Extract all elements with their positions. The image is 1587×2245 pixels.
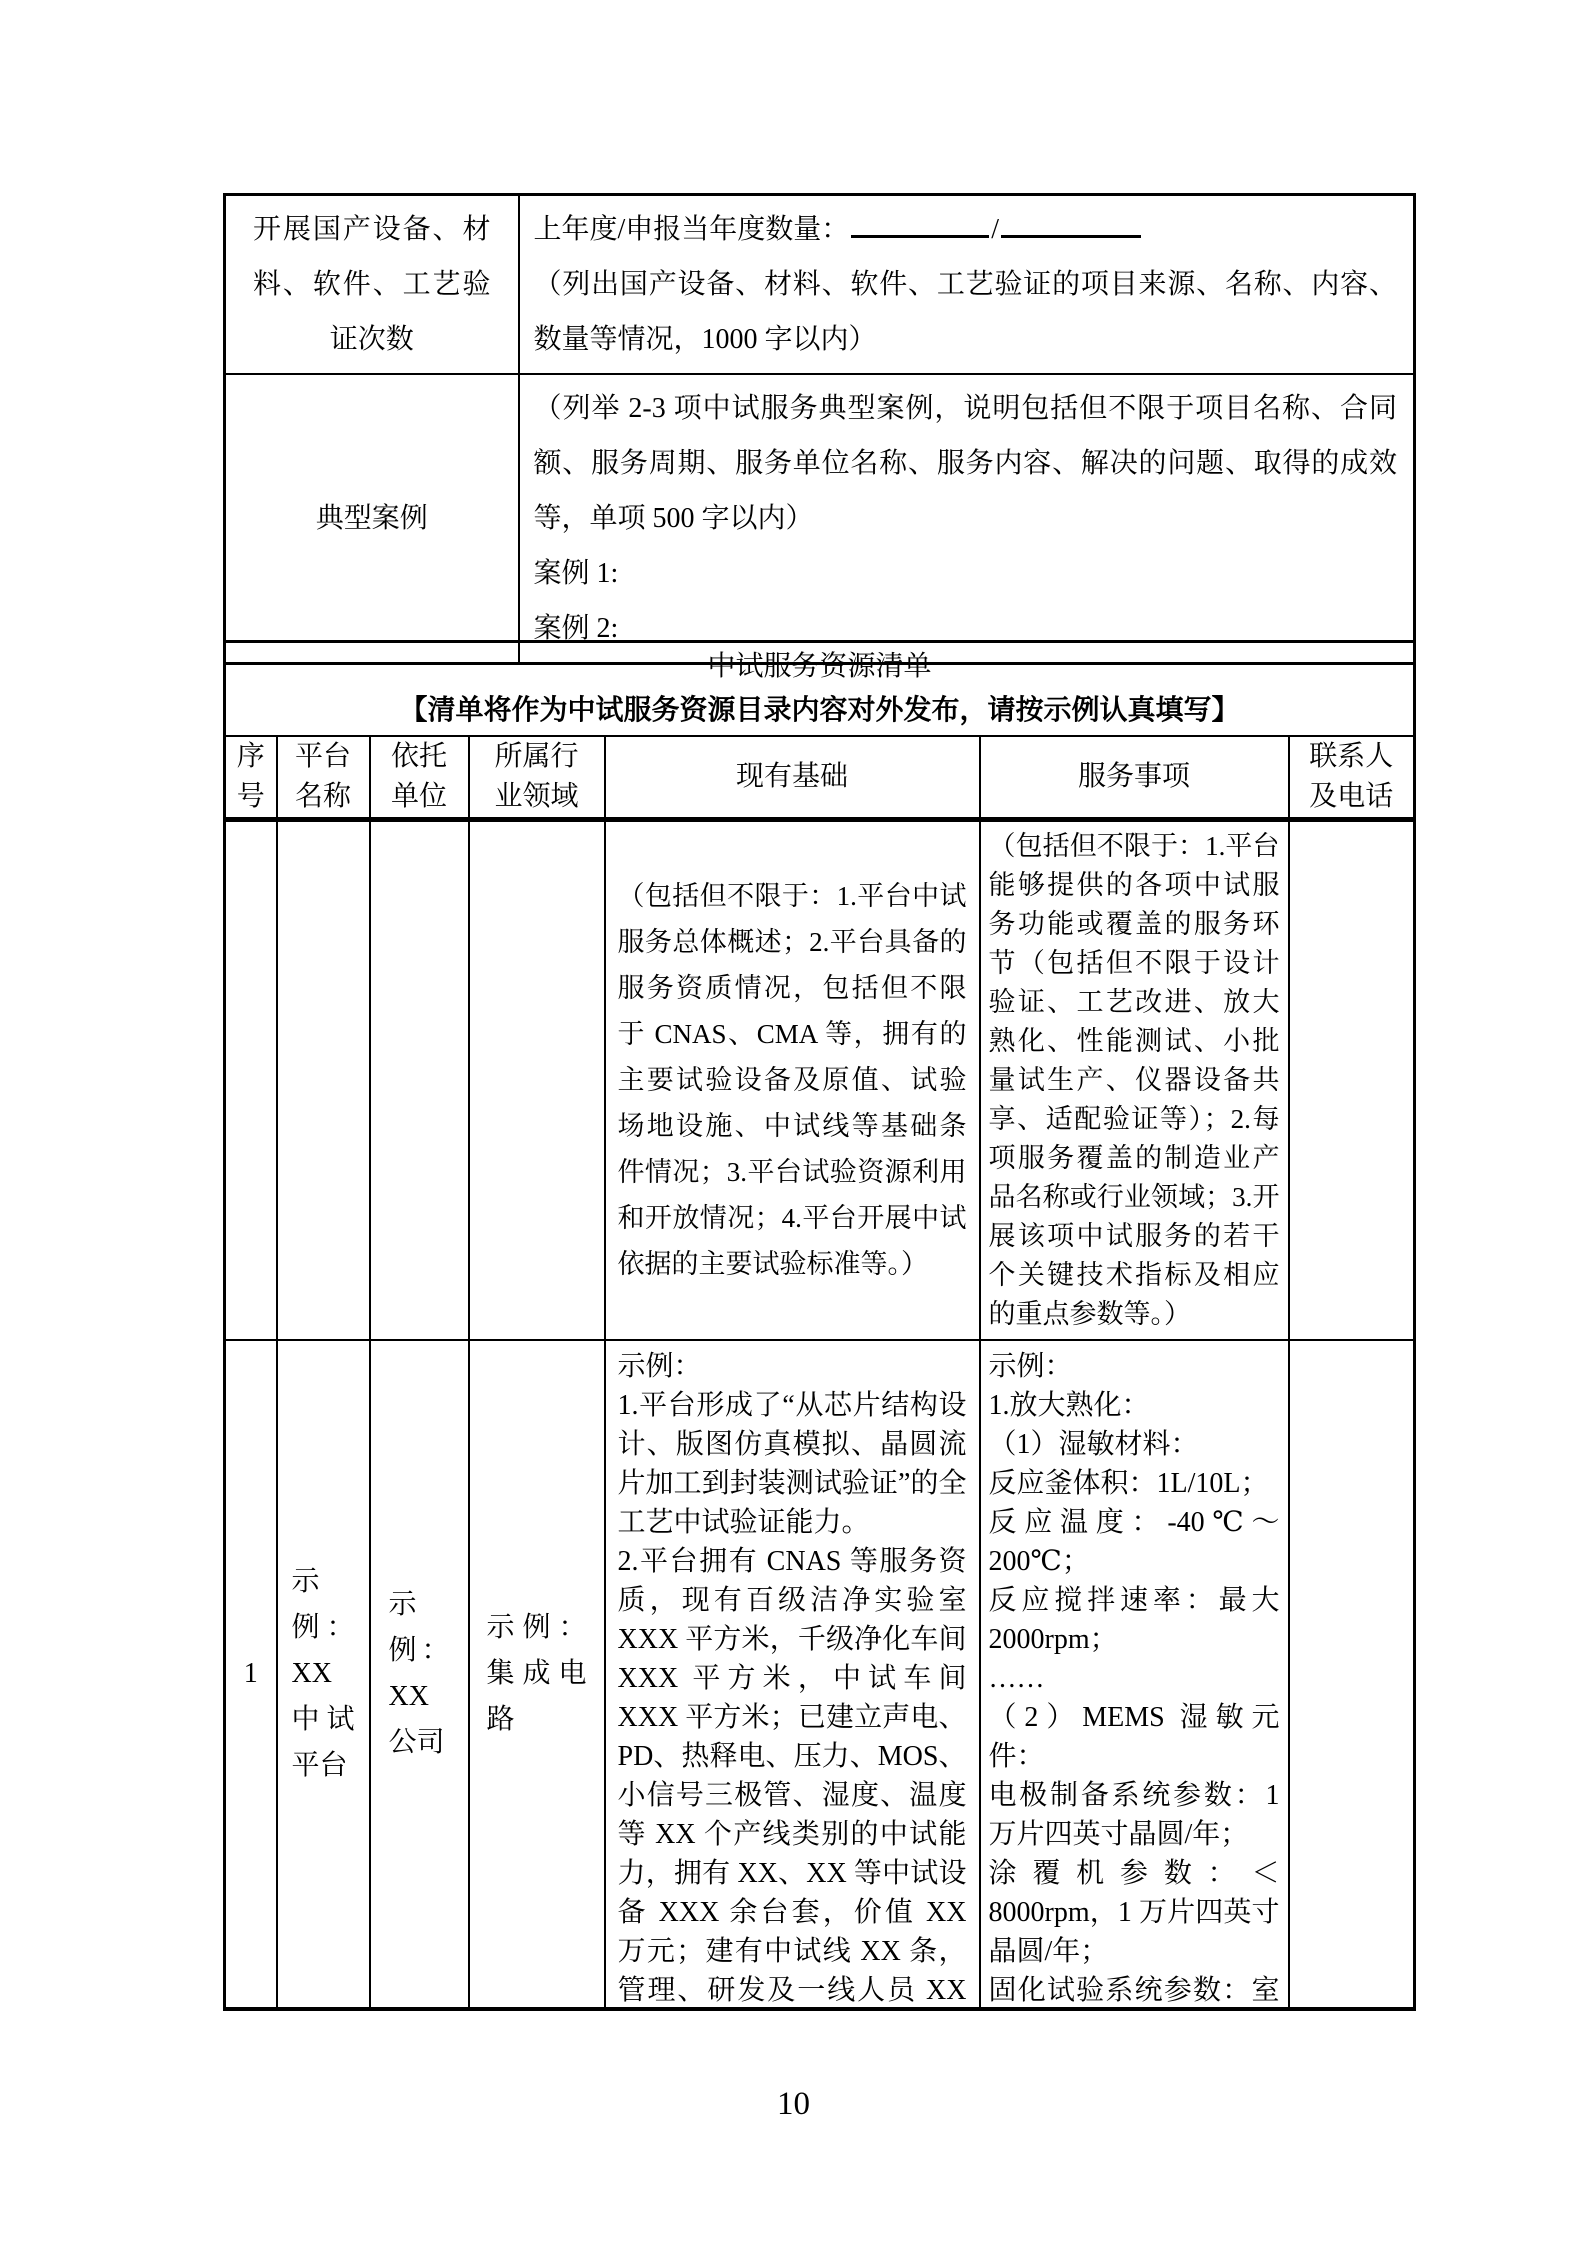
- application-form-table: 开展国产设备、材料、软件、工艺验证次数 上年度/申报当年度数量：/ （列出国产设…: [223, 193, 1416, 665]
- slash-separator: /: [991, 214, 999, 245]
- column-header-industry-field: 所属行业领域: [469, 736, 605, 820]
- instruction-cell-contact: [1289, 820, 1415, 1340]
- example-service-items-text: 示例： 1.放大熟化： （1）湿敏材料： 反应釜体积：1L/10L； 反应温度：…: [989, 1347, 1280, 2007]
- column-header-contact: 联系人及电话: [1289, 736, 1415, 820]
- section-subtitle: 【清单将作为中试服务资源目录内容对外发布，请按示例认真填写】: [226, 689, 1413, 733]
- column-header-supporting-unit: 依托单位: [370, 736, 469, 820]
- instruction-existing-basis: （包括但不限于：1.平台中试服务总体概述；2.平台具备的服务资质情况，包括但不限…: [605, 820, 980, 1340]
- blank-field-current-year: [1001, 207, 1141, 238]
- row-content-domestic-validation: 上年度/申报当年度数量：/ （列出国产设备、材料、软件、工艺验证的项目来源、名称…: [519, 195, 1415, 375]
- document-page: 开展国产设备、材料、软件、工艺验证次数 上年度/申报当年度数量：/ （列出国产设…: [0, 0, 1587, 2245]
- example-contact-cell: [1289, 1340, 1415, 2009]
- column-header-row: 序号 平台名称 依托单位 所属行业领域 现有基础 服务事项 联系人及电话: [225, 736, 1415, 820]
- example-seq: 1: [225, 1340, 277, 2009]
- section-title: 中试服务资源清单: [226, 645, 1413, 689]
- example-data-row: 1 示例：XX 中试平台 示例：XX 公司 示例：集成电路 示例： 1.平台形成…: [225, 1340, 1415, 2009]
- column-header-platform-name: 平台名称: [277, 736, 370, 820]
- example-service-items-cell: 示例： 1.放大熟化： （1）湿敏材料： 反应釜体积：1L/10L； 反应温度：…: [980, 1340, 1289, 2009]
- example-supporting-unit: 示例：XX 公司: [370, 1340, 469, 2009]
- instruction-row: （包括但不限于：1.平台中试服务总体概述；2.平台具备的服务资质情况，包括但不限…: [225, 820, 1415, 1340]
- instruction-cell-platform-name: [277, 820, 370, 1340]
- row-label-typical-cases: 典型案例: [225, 374, 519, 664]
- quantity-note: （列出国产设备、材料、软件、工艺验证的项目来源、名称、内容、数量等情况，1000…: [534, 257, 1398, 367]
- instruction-cell-industry-field: [469, 820, 605, 1340]
- table-row: 开展国产设备、材料、软件、工艺验证次数 上年度/申报当年度数量：/ （列出国产设…: [225, 195, 1415, 375]
- blank-field-previous-year: [851, 207, 989, 238]
- example-platform-name: 示例：XX 中试平台: [277, 1340, 370, 2009]
- section-header-row: 中试服务资源清单 【清单将作为中试服务资源目录内容对外发布，请按示例认真填写】: [225, 642, 1415, 737]
- case-1-line: 案例 1:: [534, 546, 1398, 601]
- instruction-service-items: （包括但不限于：1.平台能够提供的各项中试服务功能或覆盖的服务环节（包括但不限于…: [980, 820, 1289, 1340]
- quantity-line: 上年度/申报当年度数量：/: [534, 202, 1398, 257]
- section-header-cell: 中试服务资源清单 【清单将作为中试服务资源目录内容对外发布，请按示例认真填写】: [225, 642, 1415, 737]
- instruction-cell-supporting-unit: [370, 820, 469, 1340]
- column-header-existing-basis: 现有基础: [605, 736, 980, 820]
- column-header-seq: 序号: [225, 736, 277, 820]
- quantity-prefix: 上年度/申报当年度数量：: [534, 214, 850, 245]
- example-existing-basis-text: 示例： 1.平台形成了“从芯片结构设计、版图仿真模拟、晶圆流片加工到封装测试验证…: [618, 1347, 967, 2007]
- instruction-cell-seq: [225, 820, 277, 1340]
- table-row: 典型案例 （列举 2-3 项中试服务典型案例，说明包括但不限于项目名称、合同额、…: [225, 374, 1415, 664]
- cases-note: （列举 2-3 项中试服务典型案例，说明包括但不限于项目名称、合同额、服务周期、…: [534, 381, 1398, 546]
- page-number: 10: [0, 2086, 1587, 2123]
- example-existing-basis-cell: 示例： 1.平台形成了“从芯片结构设计、版图仿真模拟、晶圆流片加工到封装测试验证…: [605, 1340, 980, 2009]
- resource-list-table: 中试服务资源清单 【清单将作为中试服务资源目录内容对外发布，请按示例认真填写】 …: [223, 640, 1416, 2011]
- row-content-typical-cases: （列举 2-3 项中试服务典型案例，说明包括但不限于项目名称、合同额、服务周期、…: [519, 374, 1415, 664]
- column-header-service-items: 服务事项: [980, 736, 1289, 820]
- example-industry-field: 示例：集成电路: [469, 1340, 605, 2009]
- row-label-domestic-validation: 开展国产设备、材料、软件、工艺验证次数: [225, 195, 519, 375]
